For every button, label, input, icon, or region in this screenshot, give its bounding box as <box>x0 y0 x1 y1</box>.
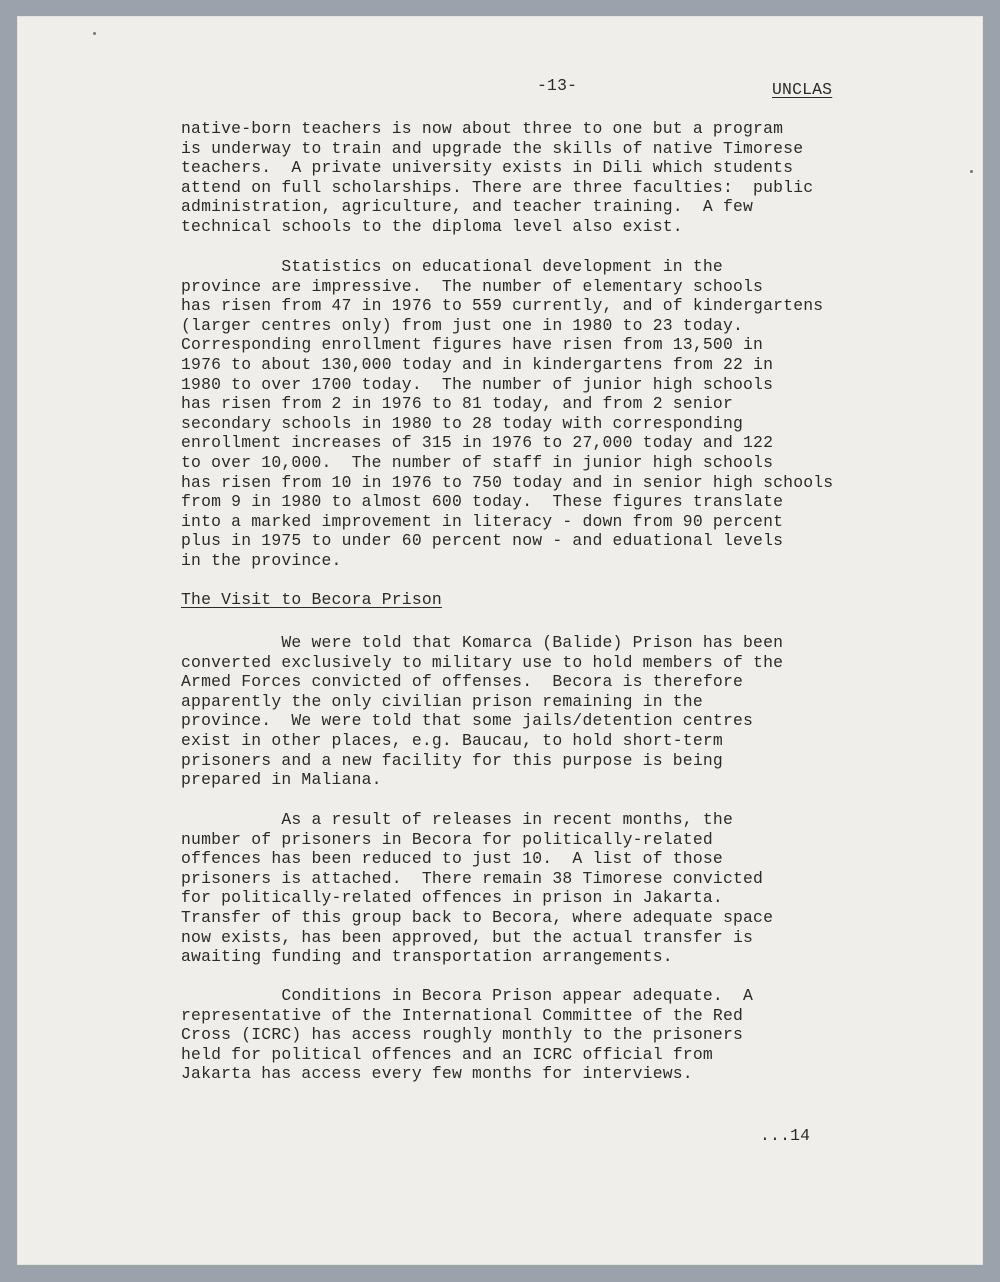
text-line: province are impressive. The number of e… <box>181 277 763 297</box>
text-line: administration, agriculture, and teacher… <box>181 197 753 217</box>
text-line: province. We were told that some jails/d… <box>181 711 753 731</box>
text-line: number of prisoners in Becora for politi… <box>181 830 713 850</box>
text-line: held for political offences and an ICRC … <box>181 1045 713 1065</box>
text-line: is underway to train and upgrade the ski… <box>181 139 803 159</box>
text-line: technical schools to the diploma level a… <box>181 217 683 237</box>
text-line: plus in 1975 to under 60 percent now - a… <box>181 531 783 551</box>
text-line: awaiting funding and transportation arra… <box>181 947 673 967</box>
text-line: secondary schools in 1980 to 28 today wi… <box>181 414 743 434</box>
text-line: prisoners and a new facility for this pu… <box>181 751 723 771</box>
text-line: representative of the International Comm… <box>181 1006 743 1026</box>
document-page: -13- UNCLAS The Visit to Becora Prison n… <box>17 16 983 1265</box>
text-line: Conditions in Becora Prison appear adequ… <box>181 986 753 1006</box>
text-line: has risen from 2 in 1976 to 81 today, an… <box>181 394 733 414</box>
text-line: prepared in Maliana. <box>181 770 382 790</box>
text-line: Statistics on educational development in… <box>181 257 723 277</box>
text-line: into a marked improvement in literacy - … <box>181 512 783 532</box>
text-line: has risen from 47 in 1976 to 559 current… <box>181 296 823 316</box>
text-line: Transfer of this group back to Becora, w… <box>181 908 773 928</box>
text-line: Cross (ICRC) has access roughly monthly … <box>181 1025 743 1045</box>
text-line: enrollment increases of 315 in 1976 to 2… <box>181 433 773 453</box>
paper-speck <box>970 170 973 173</box>
text-line: 1980 to over 1700 today. The number of j… <box>181 375 773 395</box>
text-line: As a result of releases in recent months… <box>181 810 733 830</box>
text-line: 1976 to about 130,000 today and in kinde… <box>181 355 773 375</box>
paper-speck <box>93 32 96 35</box>
text-line: attend on full scholarships. There are t… <box>181 178 813 198</box>
text-line: Armed Forces convicted of offenses. Beco… <box>181 672 743 692</box>
continuation-marker: ...14 <box>760 1126 810 1145</box>
text-line: converted exclusively to military use to… <box>181 653 783 673</box>
text-line: native-born teachers is now about three … <box>181 119 783 139</box>
text-line: Jakarta has access every few months for … <box>181 1064 693 1084</box>
page-number: -13- <box>537 76 577 95</box>
text-line: Corresponding enrollment figures have ri… <box>181 335 763 355</box>
text-line: offences has been reduced to just 10. A … <box>181 849 723 869</box>
section-heading: The Visit to Becora Prison <box>181 590 442 609</box>
text-line: has risen from 10 in 1976 to 750 today a… <box>181 473 833 493</box>
text-line: to over 10,000. The number of staff in j… <box>181 453 773 473</box>
text-line: now exists, has been approved, but the a… <box>181 928 753 948</box>
text-line: We were told that Komarca (Balide) Priso… <box>181 633 783 653</box>
text-line: apparently the only civilian prison rema… <box>181 692 703 712</box>
text-line: in the province. <box>181 551 342 571</box>
text-line: (larger centres only) from just one in 1… <box>181 316 743 336</box>
text-line: exist in other places, e.g. Baucau, to h… <box>181 731 723 751</box>
text-line: for politically-related offences in pris… <box>181 888 723 908</box>
classification-marking: UNCLAS <box>772 80 832 99</box>
text-line: from 9 in 1980 to almost 600 today. Thes… <box>181 492 783 512</box>
text-line: prisoners is attached. There remain 38 T… <box>181 869 763 889</box>
text-line: teachers. A private university exists in… <box>181 158 793 178</box>
